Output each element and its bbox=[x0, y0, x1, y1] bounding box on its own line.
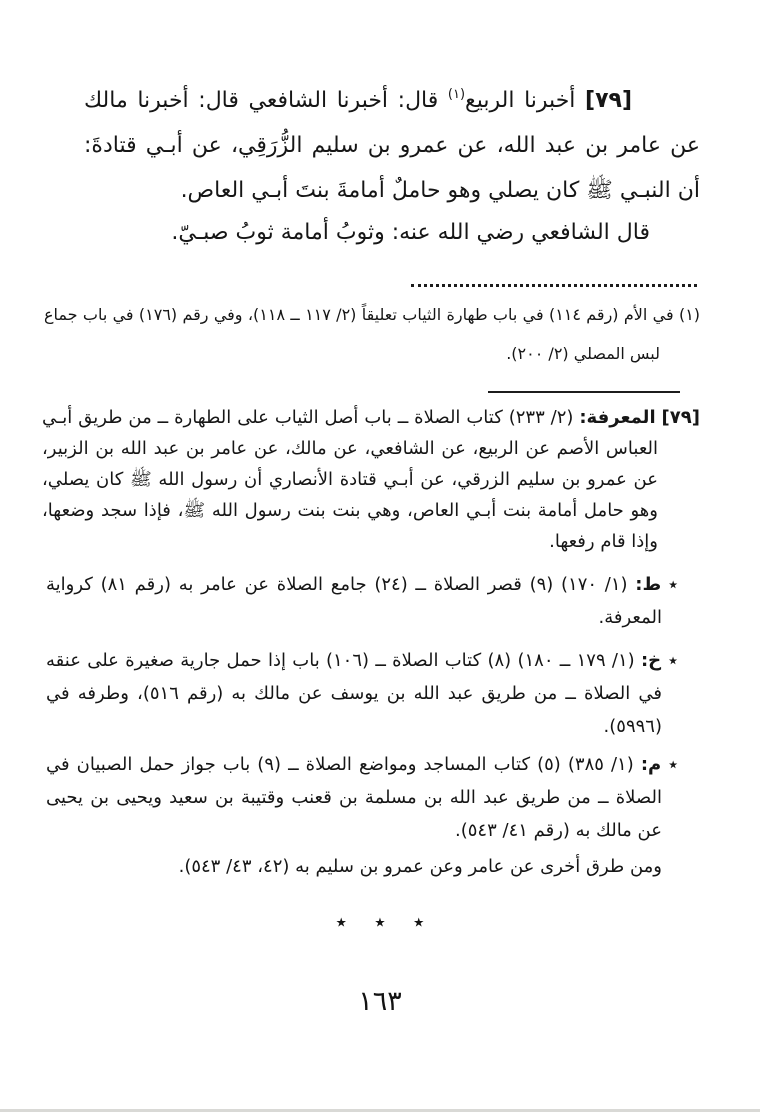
takhrij-entry-muwatta: ٭ط: (١/ ١٧٠) (٩) قصر الصلاة ــ (٢٤) جامع… bbox=[46, 568, 700, 634]
takhrij-text: (٢/ ٢٣٣) كتاب الصلاة ــ باب أصل الثياب ع… bbox=[42, 407, 658, 552]
takhrij-hadith-number: [٧٩] bbox=[662, 407, 700, 428]
star-bullet-icon: ٭ bbox=[668, 650, 678, 671]
shafii-comment-paragraph: قال الشافعي رضي الله عنه: وثوبُ أمامة ثو… bbox=[84, 210, 700, 255]
page-number: ١٦٣ bbox=[0, 986, 760, 1017]
star-bullet-icon: ٭ bbox=[668, 754, 678, 775]
dotted-separator bbox=[411, 284, 697, 287]
takhrij-paragraph: [٧٩] المعرفة: (٢/ ٢٣٣) كتاب الصلاة ــ با… bbox=[42, 402, 700, 557]
footnote-1: (١) في الأم (رقم ١١٤) في باب طهارة الثيا… bbox=[44, 295, 700, 373]
entry-label-kha: خ: bbox=[641, 650, 661, 671]
entry-text-mim: (١/ ٣٨٥) (٥) كتاب المساجد ومواضع الصلاة … bbox=[46, 754, 662, 841]
shafii-comment-text: قال الشافعي رضي الله عنه: وثوبُ أمامة ثو… bbox=[171, 220, 650, 245]
takhrij-entry-bukhari: ٭خ: (١/ ١٧٩ ــ ١٨٠) (٨) كتاب الصلاة ــ (… bbox=[46, 644, 700, 743]
hadith-matn-paragraph: [٧٩] أخبرنا الربيع(١) قال: أخبرنا الشافع… bbox=[84, 72, 700, 213]
entry-label-ta: ط: bbox=[635, 574, 661, 595]
entry-label-mim: م: bbox=[641, 754, 661, 775]
star-bullet-icon: ٭ bbox=[668, 574, 678, 595]
hadith-number: [٧٩] bbox=[585, 88, 632, 113]
end-asterisks: ٭ ٭ ٭ bbox=[0, 910, 760, 934]
closing-line-text: ومن طرق أخرى عن عامر وعن عمرو بن سليم به… bbox=[179, 856, 662, 877]
takhrij-source-label: المعرفة: bbox=[579, 407, 655, 428]
section-divider-line bbox=[488, 391, 680, 393]
entry-text-ta: (١/ ١٧٠) (٩) قصر الصلاة ــ (٢٤) جامع الص… bbox=[46, 574, 662, 628]
footnote-marker: (١) bbox=[448, 87, 465, 102]
takhrij-closing-line: ومن طرق أخرى عن عامر وعن عمرو بن سليم به… bbox=[46, 851, 700, 882]
entry-text-kha: (١/ ١٧٩ ــ ١٨٠) (٨) كتاب الصلاة ــ (١٠٦)… bbox=[46, 650, 662, 737]
footnote-text: (١) في الأم (رقم ١١٤) في باب طهارة الثيا… bbox=[44, 305, 700, 363]
matn-text-start: أخبرنا الربيع bbox=[465, 88, 585, 113]
book-page: [٧٩] أخبرنا الربيع(١) قال: أخبرنا الشافع… bbox=[0, 0, 760, 1112]
takhrij-entry-muslim: ٭م: (١/ ٣٨٥) (٥) كتاب المساجد ومواضع الص… bbox=[46, 748, 700, 847]
